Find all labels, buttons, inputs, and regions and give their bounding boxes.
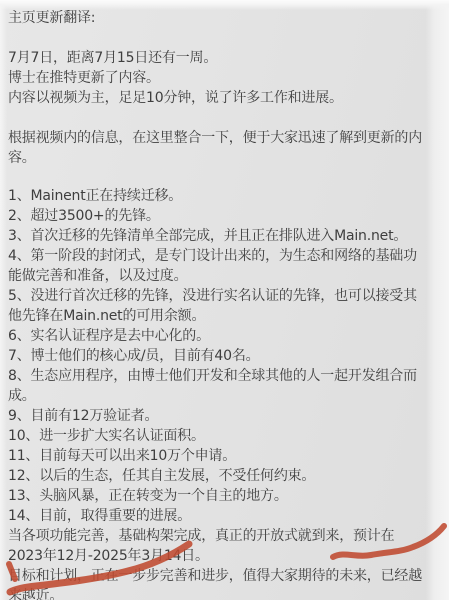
list-item: 6、实名认证程序是去中心化的。 — [8, 326, 422, 346]
list-item: 11、目前每天可以出来10万个申请。 — [8, 446, 422, 466]
list-item: 8、生态应用程序，由博士他们开发和全球其他的人一起开发组合而成。 — [8, 366, 422, 406]
document-title: 主页更新翻译: — [8, 8, 422, 28]
list-item: 1、Mainent正在持续迁移。 — [8, 186, 422, 206]
intro-line: 内容以视频为主，足足10分钟，说了许多工作和进展。 — [8, 88, 422, 108]
numbered-list: 1、Mainent正在持续迁移。 2、超过3500+的先锋。 3、首次迁移的先锋… — [8, 186, 422, 526]
document-body: 主页更新翻译: 7月7日，距离7月15日还有一周。 博士在推特更新了内容。 内容… — [8, 8, 422, 600]
intro-line: 博士在推特更新了内容。 — [8, 68, 422, 88]
list-item: 3、首次迁移的先锋清单全部完成，并且正在排队进入Main.net。 — [8, 226, 422, 246]
right-light-strip — [426, 0, 449, 600]
closing-paragraph: 当各项功能完善，基础构架完成，真正的开放式就到来，预计在2023年12月-202… — [8, 526, 422, 566]
list-item: 12、以后的生态，任其自主发展，不受任何约束。 — [8, 466, 422, 486]
left-light-strip — [0, 0, 7, 600]
list-item: 9、目前有12万验证者。 — [8, 406, 422, 426]
list-item: 2、超过3500+的先锋。 — [8, 206, 422, 226]
intro-line: 7月7日，距离7月15日还有一周。 — [8, 48, 422, 68]
list-item: 5、没进行首次迁移的先锋，没进行实名认证的先锋，也可以接受其他先锋在Main.n… — [8, 286, 422, 326]
list-item: 4、第一阶段的封闭式，是专门设计出来的，为生态和网络的基础功能做完善和准备，以及… — [8, 246, 422, 286]
list-item: 13、头脑风暴，正在转变为一个自主的地方。 — [8, 486, 422, 506]
text-screenshot-photo: 主页更新翻译: 7月7日，距离7月15日还有一周。 博士在推特更新了内容。 内容… — [0, 0, 449, 600]
list-item: 10、进一步扩大实名认证面积。 — [8, 426, 422, 446]
list-item: 7、博士他们的核心成/员，目前有40名。 — [8, 346, 422, 366]
summary-paragraph: 根据视频内的信息，在这里整合一下，便于大家迅速了解到更新的内容。 — [8, 128, 422, 168]
list-item: 14、目前，取得重要的进展。 — [8, 506, 422, 526]
closing-paragraph: 目标和计划，正在一步步完善和进步，值得大家期待的未来，已经越来越近。 — [8, 566, 422, 600]
